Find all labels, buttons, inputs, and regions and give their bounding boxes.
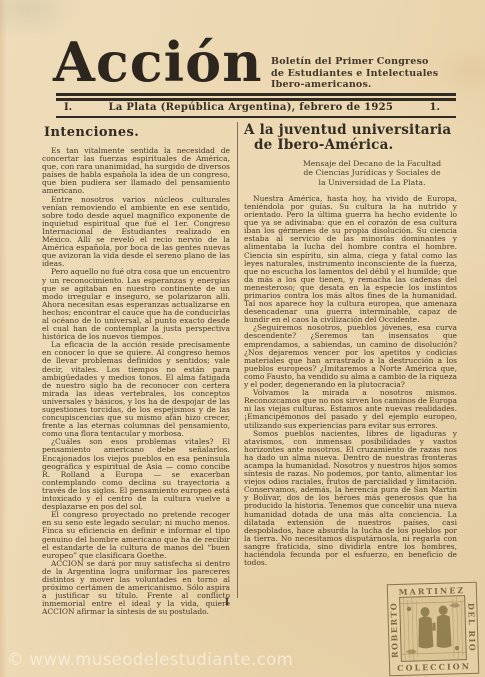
watermark-text: © www.museodelestudiante.com xyxy=(7,650,293,669)
article-intenciones-heading: Intenciones. xyxy=(44,126,230,140)
paragraph: ¿Seguiremos nosotros, pueblos jóvenes, e… xyxy=(244,324,457,389)
collection-stamp: MARTINEZ DEL RIO COLECCION ROBERTO xyxy=(387,582,480,676)
paragraph: Nuestra América, hasta hoy, ha vivido de… xyxy=(244,195,457,325)
paragraph: Es tan vitalmente sentida la necesidad d… xyxy=(42,147,230,196)
dateline-rule xyxy=(56,116,456,118)
tagline-line: de Estudiantes e Intelectuales xyxy=(271,68,457,80)
newspaper-page: Acción Boletín del Primer Congreso de Es… xyxy=(0,0,485,677)
issue-number: 1. xyxy=(430,102,440,113)
paragraph: La eficacia de la acción reside precisam… xyxy=(42,341,230,438)
tagline-line: Ibero-americanos. xyxy=(271,79,457,91)
masthead-double-rule xyxy=(56,93,456,101)
stamp-text-left: ROBERTO xyxy=(388,596,400,664)
issue-roman-numeral: I. xyxy=(64,102,72,113)
tagline-line: Boletín del Primer Congreso xyxy=(271,56,457,68)
masthead-title: Acción xyxy=(53,33,262,91)
stamp-text-right: DEL RIO xyxy=(466,594,478,662)
byline-line: la Universidad de La Plata. xyxy=(293,178,451,187)
page-number: I xyxy=(220,598,234,608)
article-byline: Mensaje del Decano de la Facultad de Cie… xyxy=(293,159,451,187)
place-date-text: La Plata (República Argentina), febrero … xyxy=(72,102,429,113)
article-juventud-heading: A la juventud universitariade Ibero-Amér… xyxy=(244,123,457,153)
paragraph: ¿Cuáles son esos problemas vitales? El p… xyxy=(42,438,230,511)
article-intenciones: Intenciones. Es tan vitalmente sentida l… xyxy=(42,126,230,616)
byline-line: de Ciencias Jurídicas y Sociales de xyxy=(293,168,451,177)
column-divider xyxy=(237,122,238,598)
paragraph: Somos pueblos nacientes, libres de ligad… xyxy=(244,430,457,568)
heading-line: A la juventud universitaria xyxy=(244,122,451,138)
article-juventud: A la juventud universitariade Ibero-Amér… xyxy=(244,123,457,567)
masthead-tagline: Boletín del Primer Congreso de Estudiant… xyxy=(271,56,457,91)
heading-line: de Ibero-América. xyxy=(244,138,457,153)
paragraph: Volvamos la mirada a nosotros mismos. Re… xyxy=(244,389,457,429)
paragraph: Entre nosotros varios núcleos culturales… xyxy=(42,196,230,269)
paragraph: ACCION se dará por muy satisfecha si den… xyxy=(42,560,230,617)
dateline: I. La Plata (República Argentina), febre… xyxy=(56,101,456,114)
stamp-engraving-icon xyxy=(399,595,467,662)
paragraph: El congreso proyectado no pretende recog… xyxy=(42,511,230,560)
paragraph: Pero aquello no fué otra cosa que un enc… xyxy=(42,268,230,341)
byline-line: Mensaje del Decano de la Facultad xyxy=(293,159,451,168)
